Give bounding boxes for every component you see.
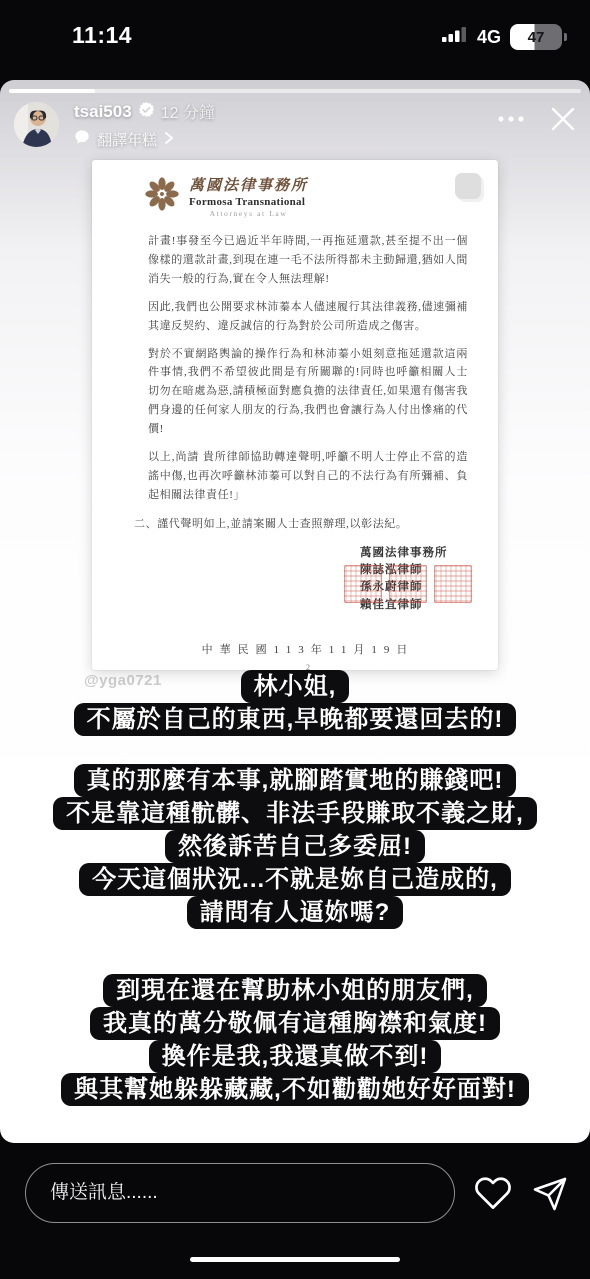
- caption-line: 到現在還在幫助林小姐的朋友們,: [103, 974, 487, 1007]
- caption-line: 不屬於自己的東西,早晚都要還回去的!: [74, 703, 517, 736]
- caption-overlay: 到現在還在幫助林小姐的朋友們, 我真的萬分敬佩有這種胸襟和氣度! 換作是我,我還…: [0, 974, 590, 1106]
- story-reply-bar: [0, 1143, 590, 1279]
- document-paragraph: 以上,尚請 貴所律師協助轉達聲明,呼籲不明人士停止不當的造謠中傷,也再次呼籲林沛…: [148, 448, 468, 505]
- document-paragraph: 計畫!事發至今已過近半年時間,一再拖延還款,甚至提不出一個像樣的還款計畫,到現在…: [148, 232, 468, 289]
- caption-line: 請問有人逼妳嗎?: [187, 896, 404, 929]
- caption-line: 不是靠這種骯髒、非法手段賺取不義之財,: [53, 797, 537, 830]
- home-indicator[interactable]: [190, 1257, 400, 1262]
- story-progress-bar: [9, 89, 581, 93]
- speech-bubble-icon: [74, 129, 90, 150]
- story-header: tsai503 12 分鐘 翻譯年糕: [14, 100, 576, 148]
- signature-firm: 萬國法律事務所: [360, 545, 468, 562]
- caption-line: 今天這個狀況...不就是妳自己造成的,: [79, 863, 511, 896]
- story-viewer: tsai503 12 分鐘 翻譯年糕: [0, 80, 590, 1143]
- username[interactable]: tsai503: [74, 102, 132, 122]
- caption-overlay: 真的那麼有本事,就腳踏實地的賺錢吧! 不是靠這種骯髒、非法手段賺取不義之財, 然…: [0, 764, 590, 929]
- avatar[interactable]: [14, 102, 59, 147]
- document-paragraph: 對於不實網路輿論的操作行為和林沛蓁小姐刻意拖延還款這兩件事情,我們不希望彼此間是…: [148, 345, 468, 440]
- firm-logo-icon: [144, 176, 180, 217]
- chevron-right-icon: [164, 131, 174, 149]
- caption-overlay: 林小姐, 不屬於自己的東西,早晚都要還回去的!: [0, 670, 590, 736]
- ellipsis-icon: [498, 116, 524, 122]
- signature-block: 萬國法律事務所 陳誌泓律師 孫永蔚律師 賴佳宜律師: [360, 545, 468, 629]
- status-bar: 11:14 4G 47: [0, 0, 590, 80]
- firm-name-en: Formosa Transnational: [189, 196, 308, 208]
- translate-button[interactable]: 翻譯年糕: [74, 129, 215, 150]
- battery-percent: 47: [528, 29, 545, 46]
- red-seal-stamp: [344, 565, 382, 603]
- story-progress-fill: [9, 89, 95, 93]
- firm-tagline: Attorneys at Law: [189, 209, 308, 218]
- firm-name-zh: 萬國法律事務所: [189, 174, 308, 195]
- caption-line: 真的那麼有本事,就腳踏實地的賺錢吧!: [74, 764, 517, 797]
- signal-strength-icon: [442, 26, 468, 48]
- heart-icon: [474, 1174, 512, 1212]
- story-time-ago: 12 分鐘: [161, 100, 215, 123]
- legal-document: 萬國法律事務所 Formosa Transnational Attorneys …: [92, 160, 498, 670]
- clock: 11:14: [72, 22, 132, 49]
- caption-line: 我真的萬分敬佩有這種胸襟和氣度!: [90, 1007, 500, 1040]
- caption-line: 林小姐,: [241, 670, 350, 703]
- red-seal-stamp: [389, 565, 427, 603]
- instagram-story-screen: 11:14 4G 47: [0, 0, 590, 1279]
- document-corner-sticker: [455, 173, 481, 199]
- like-button[interactable]: [474, 1174, 512, 1212]
- battery-icon: 47: [510, 24, 562, 50]
- caption-line: 然後訴苦自己多委屈!: [165, 830, 425, 863]
- network-type-label: 4G: [477, 27, 501, 48]
- verified-badge-icon: [139, 102, 154, 122]
- share-button[interactable]: [532, 1176, 568, 1212]
- caption-line: 換作是我,我還真做不到!: [149, 1040, 442, 1073]
- red-seal-stamp: [434, 565, 472, 603]
- close-story-button[interactable]: [550, 106, 576, 132]
- document-date: 中華民國113年11月19日: [148, 641, 468, 657]
- caption-line: 與其幫她躲躲藏藏,不如勸勸她好好面對!: [61, 1073, 529, 1106]
- firm-letterhead: 萬國法律事務所 Formosa Transnational Attorneys …: [144, 174, 468, 218]
- message-input[interactable]: [25, 1163, 455, 1223]
- paper-plane-icon: [532, 1176, 568, 1212]
- document-closing-item: 二、謹代聲明如上,並請案關人士查照辦理,以彰法紀。: [134, 515, 468, 531]
- close-icon: [550, 106, 576, 132]
- translate-label: 翻譯年糕: [97, 129, 157, 150]
- document-paragraph: 因此,我們也公開要求林沛蓁本人儘速履行其法律義務,儘速彌補其違反契約、違反誠信的…: [148, 298, 468, 336]
- more-options-button[interactable]: [498, 116, 524, 122]
